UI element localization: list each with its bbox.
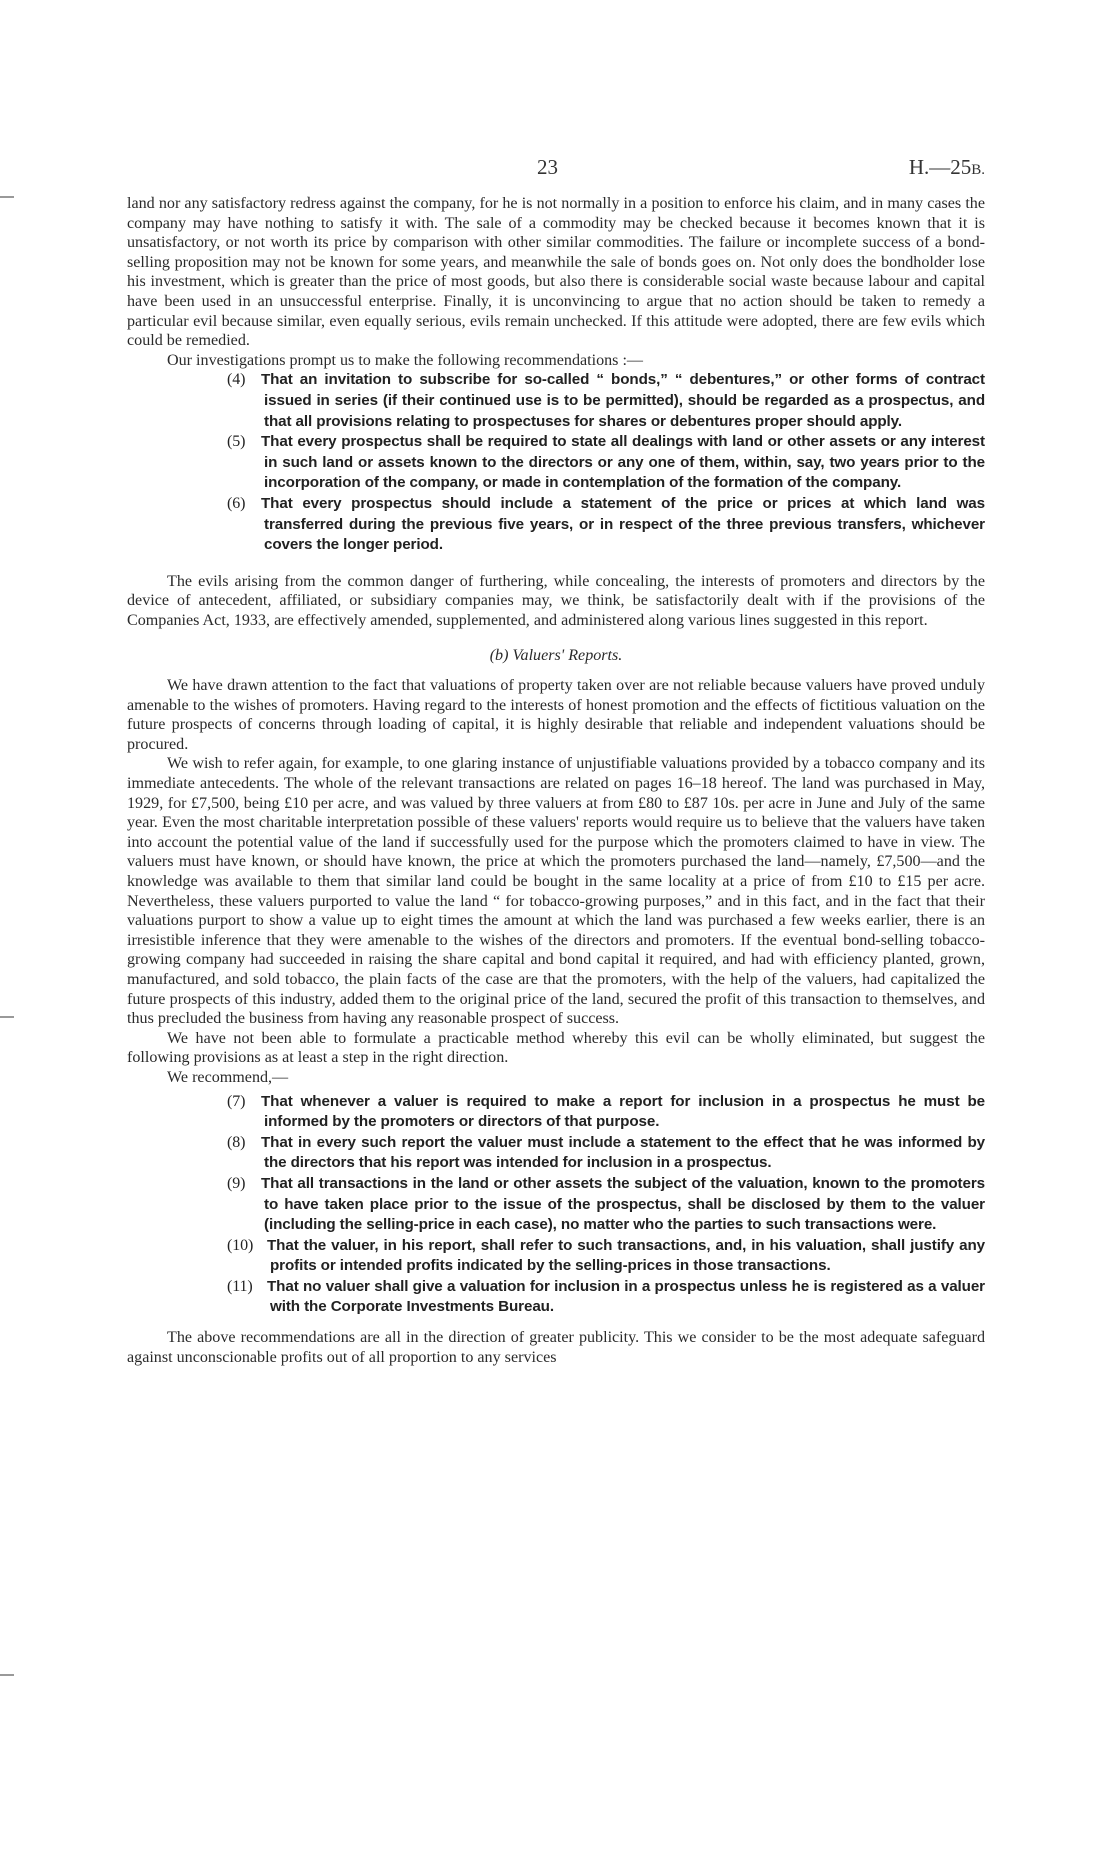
- recommendation-number: (7): [227, 1092, 261, 1113]
- recommendation-number: (5): [227, 432, 261, 453]
- scan-mark: [0, 1016, 14, 1018]
- recommendation-item: (8)That in every such report the valuer …: [127, 1133, 985, 1174]
- recommendation-text: That every prospectus should include a s…: [261, 495, 985, 553]
- recommendation-item: (10)That the valuer, in his report, shal…: [127, 1236, 985, 1277]
- page-header: 23 H.—25B.: [127, 155, 985, 185]
- recommendation-item: (7)That whenever a valuer is required to…: [127, 1092, 985, 1133]
- paragraph: land nor any satisfactory redress agains…: [127, 194, 985, 351]
- recommendation-item: (5)That every prospectus shall be requir…: [127, 432, 985, 494]
- recommendation-item: (9)That all transactions in the land or …: [127, 1174, 985, 1236]
- recommendation-text: That every prospectus shall be required …: [261, 433, 985, 491]
- document-page: 23 H.—25B. land nor any satisfactory red…: [0, 0, 1114, 1876]
- paragraph: We recommend,—: [127, 1068, 985, 1088]
- paragraph: We have not been able to formulate a pra…: [127, 1029, 985, 1068]
- recommendation-item: (11)That no valuer shall give a valuatio…: [127, 1277, 985, 1318]
- recommendation-text: That no valuer shall give a valuation fo…: [267, 1278, 985, 1316]
- recommendation-number: (6): [227, 494, 261, 515]
- document-reference: H.—25B.: [909, 155, 985, 180]
- recommendation-text: That the valuer, in his report, shall re…: [267, 1237, 985, 1275]
- recommendation-text: That all transactions in the land or oth…: [261, 1175, 985, 1233]
- recommendation-item: (6)That every prospectus should include …: [127, 494, 985, 556]
- recommendation-number: (10): [227, 1236, 267, 1257]
- section-heading: (b) Valuers' Reports.: [127, 646, 985, 666]
- recommendation-number: (4): [227, 370, 261, 391]
- paragraph: We wish to refer again, for example, to …: [127, 754, 985, 1028]
- document-body: land nor any satisfactory redress agains…: [127, 194, 985, 1367]
- recommendation-number: (11): [227, 1277, 267, 1298]
- doc-ref-suffix: B.: [971, 162, 985, 178]
- paragraph: The evils arising from the common danger…: [127, 572, 985, 631]
- paragraph: We have drawn attention to the fact that…: [127, 676, 985, 754]
- recommendation-number: (8): [227, 1133, 261, 1154]
- scan-mark: [0, 1674, 14, 1676]
- paragraph: Our investigations prompt us to make the…: [127, 351, 985, 371]
- paragraph: The above recommendations are all in the…: [127, 1328, 985, 1367]
- recommendation-text: That in every such report the valuer mus…: [261, 1134, 985, 1172]
- page-number: 23: [537, 155, 558, 180]
- recommendations-list-b: (7)That whenever a valuer is required to…: [127, 1092, 985, 1319]
- recommendation-text: That an invitation to subscribe for so-c…: [261, 371, 985, 429]
- recommendation-number: (9): [227, 1174, 261, 1195]
- doc-ref-main: H.—25: [909, 155, 971, 179]
- recommendations-list-a: (4)That an invitation to subscribe for s…: [127, 370, 985, 555]
- recommendation-item: (4)That an invitation to subscribe for s…: [127, 370, 985, 432]
- recommendation-text: That whenever a valuer is required to ma…: [261, 1093, 985, 1131]
- scan-mark: [0, 196, 14, 198]
